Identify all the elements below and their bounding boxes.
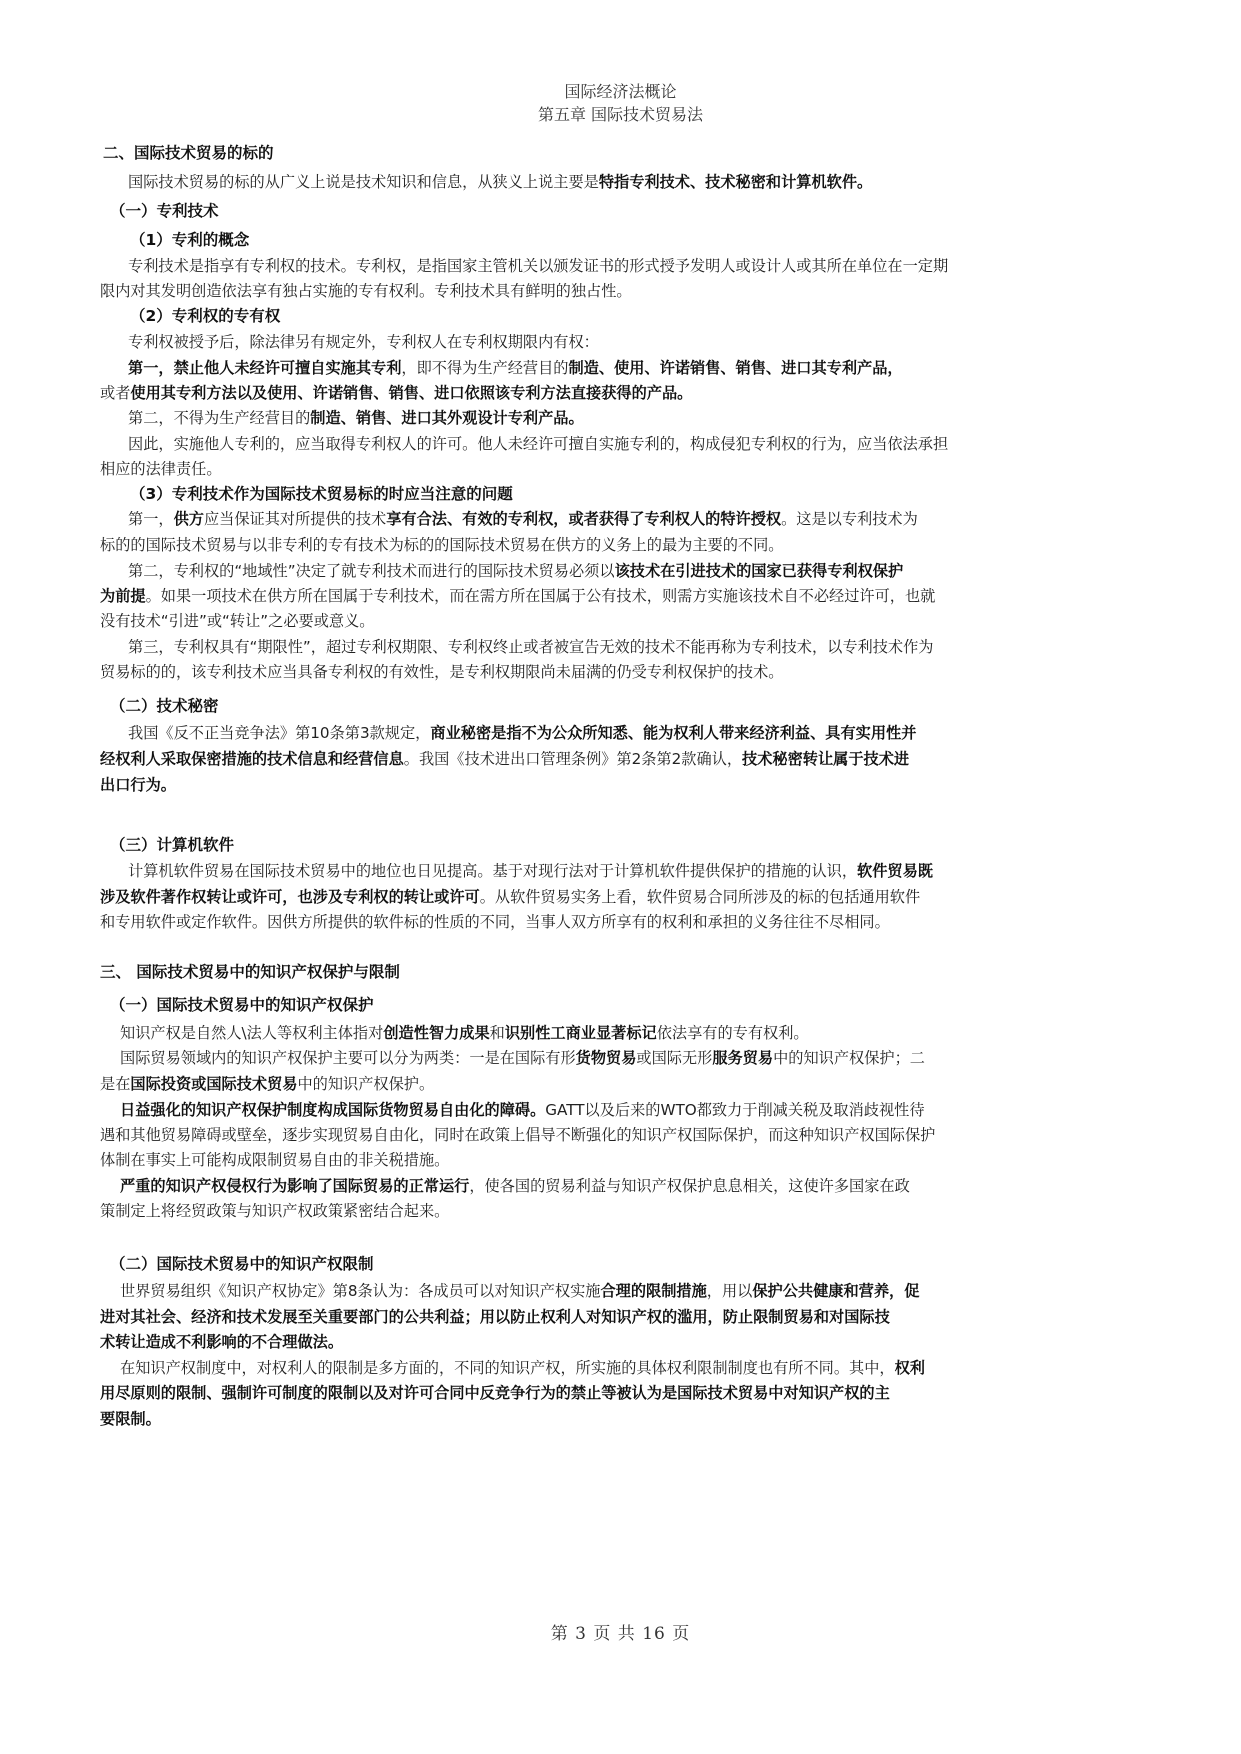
text: 是在 xyxy=(100,1075,130,1093)
bold-text: 使用其专利方法以及使用、许诺销售、销售、进口依照该专利方法直接获得的产品。 xyxy=(130,384,692,402)
section-heading-3: 三、 国际技术贸易中的知识产权保护与限制 xyxy=(100,962,400,982)
paragraph-line: 专利技术是指享有专利权的技术。专利权，是指国家主管机关以颁发证书的形式授予发明人… xyxy=(128,256,948,276)
paragraph-line: 没有技术“引进”或“转让”之必要或意义。 xyxy=(100,611,374,631)
text: 。从软件贸易实务上看，软件贸易合同所涉及的标的包括通用软件 xyxy=(480,888,920,906)
bold-text: 软件贸易既 xyxy=(857,862,933,880)
paragraph-line: 术转让造成不利影响的不合理做法。 xyxy=(100,1332,343,1352)
bold-text: 权利 xyxy=(895,1359,925,1377)
bold-text: 要限制。 xyxy=(100,1410,161,1428)
paragraph-line: 出口行为。 xyxy=(100,775,176,795)
bold-text: 识别性工商业显著标记 xyxy=(505,1024,657,1042)
bold-text: 供方 xyxy=(174,510,204,528)
paragraph-line: 在知识产权制度中，对权利人的限制是多方面的，不同的知识产权，所实施的具体权利限制… xyxy=(120,1358,925,1378)
paragraph-line: 体制在事实上可能构成限制贸易自由的非关税措施。 xyxy=(100,1150,449,1170)
paragraph-line: 严重的知识产权侵权行为影响了国际贸易的正常运行，使各国的贸易利益与知识产权保护息… xyxy=(120,1176,910,1196)
chapter-title: 第五章 国际技术贸易法 xyxy=(0,102,1241,125)
bold-text: 货物贸易 xyxy=(576,1049,637,1067)
paragraph-line: 专利权被授予后，除法律另有规定外，专利权人在专利权期限内有权： xyxy=(128,332,599,352)
text: 。我国《技术进出口管理条例》第2条第2款确认， xyxy=(404,750,742,768)
text: 或者 xyxy=(100,384,130,402)
item-heading: （2）专利权的专有权 xyxy=(130,306,280,326)
text: 中的知识产权保护。 xyxy=(297,1075,434,1093)
bold-text: 为前提 xyxy=(100,587,146,605)
text: 和 xyxy=(490,1024,505,1042)
bold-text: 制造、销售、进口其外观设计专利产品。 xyxy=(310,409,583,427)
subsection-heading: （二）技术秘密 xyxy=(110,696,219,716)
text: ，即不得为生产经营目的 xyxy=(401,359,568,377)
text: 世界贸易组织《知识产权协定》第8条认为：各成员可以对知识产权实施 xyxy=(120,1282,600,1300)
text: 第一， xyxy=(128,510,174,528)
page-number: 第 3 页 共 16 页 xyxy=(0,1619,1241,1644)
paragraph-line: 因此，实施他人专利的，应当取得专利权人的许可。他人未经许可擅自实施专利的，构成侵… xyxy=(128,434,948,454)
bold-text: 技术秘密转让属于技术进 xyxy=(742,750,909,768)
bold-text: 特指专利技术、技术秘密和计算机软件。 xyxy=(599,173,872,191)
paragraph-line: 要限制。 xyxy=(100,1409,161,1429)
text: 。如果一项技术在供方所在国属于专利技术，而在需方所在国属于公有技术，则需方实施该… xyxy=(146,587,936,605)
paragraph-line: 第一，供方应当保证其对所提供的技术享有合法、有效的专利权，或者获得了专利权人的特… xyxy=(128,509,918,529)
subsection-heading: （一）专利技术 xyxy=(110,201,219,221)
paragraph-line: 经权利人采取保密措施的技术信息和经营信息。我国《技术进出口管理条例》第2条第2款… xyxy=(100,749,909,769)
text: 国际贸易领域内的知识产权保护主要可以分为两类：一是在国际有形 xyxy=(120,1049,576,1067)
paragraph-line: 知识产权是自然人\法人等权利主体指对创造性智力成果和识别性工商业显著标记依法享有… xyxy=(120,1023,809,1043)
section-heading-2: 二、国际技术贸易的标的 xyxy=(103,143,274,163)
subsection-heading: （三）计算机软件 xyxy=(110,835,234,855)
bold-text: 制造、使用、许诺销售、销售、进口其专利产品， xyxy=(568,359,902,377)
paragraph-line: 用尽原则的限制、强制许可制度的限制以及对许可合同中反竞争行为的禁止等被认为是国际… xyxy=(100,1383,890,1403)
bold-text: 第一，禁止他人未经许可擅自实施其专利 xyxy=(128,359,401,377)
paragraph-line: 计算机软件贸易在国际技术贸易中的地位也日见提高。基于对现行法对于计算机软件提供保… xyxy=(128,861,933,881)
text: ，用以 xyxy=(707,1282,753,1300)
text: 。这是以专利技术为 xyxy=(781,510,918,528)
book-title: 国际经济法概论 xyxy=(0,79,1241,102)
bold-text: 国际投资或国际技术贸易 xyxy=(130,1075,297,1093)
bold-text: 保护公共健康和营养，促 xyxy=(752,1282,919,1300)
paragraph-line: 限内对其发明创造依法享有独占实施的专有权利。专利技术具有鲜明的独占性。 xyxy=(100,281,632,301)
bold-text: 创造性智力成果 xyxy=(383,1024,489,1042)
text: 我国《反不正当竞争法》第10条第3款规定， xyxy=(128,724,430,742)
bold-text: 经权利人采取保密措施的技术信息和经营信息 xyxy=(100,750,404,768)
text: 第二，不得为生产经营目的 xyxy=(128,409,310,427)
text: 依法享有的专有权利。 xyxy=(657,1024,809,1042)
bold-text: 严重的知识产权侵权行为影响了国际贸易的正常运行 xyxy=(120,1177,469,1195)
bold-text: 出口行为。 xyxy=(100,776,176,794)
text: ，使各国的贸易利益与知识产权保护息息相关，这使许多国家在政 xyxy=(469,1177,909,1195)
text: 应当保证其对所提供的技术 xyxy=(204,510,386,528)
text: 第二，专利权的“地域性”决定了就专利技术而进行的国际技术贸易必须以 xyxy=(128,562,615,580)
paragraph-line: 第二，专利权的“地域性”决定了就专利技术而进行的国际技术贸易必须以该技术在引进技… xyxy=(128,561,903,581)
paragraph-line: 遇和其他贸易障碍或壁垒，逐步实现贸易自由化，同时在政策上倡导不断强化的知识产权国… xyxy=(100,1125,935,1145)
paragraph-line: 标的的国际技术贸易与以非专利的专有技术为标的的国际技术贸易在供方的义务上的最为主… xyxy=(100,535,783,555)
paragraph-line: 或者使用其专利方法以及使用、许诺销售、销售、进口依照该专利方法直接获得的产品。 xyxy=(100,383,692,403)
paragraph-line: 涉及软件著作权转让或许可，也涉及专利权的转让或许可。从软件贸易实务上看，软件贸易… xyxy=(100,887,920,907)
bold-text: 进对其社会、经济和技术发展至关重要部门的公共利益；用以防止权利人对知识产权的滥用… xyxy=(100,1308,890,1326)
bold-text: 享有合法、有效的专利权，或者获得了专利权人的特许授权 xyxy=(386,510,781,528)
paragraph-line: 和专用软件或定作软件。因供方所提供的软件标的性质的不同，当事人双方所享有的权利和… xyxy=(100,912,890,932)
text: GATT以及后来的WTO都致力于削减关税及取消歧视性待 xyxy=(545,1101,924,1119)
text: 国际技术贸易的标的从广义上说是技术知识和信息，从狭义上说主要是 xyxy=(128,173,599,191)
bold-text: 商业秘密是指不为公众所知悉、能为权利人带来经济利益、具有实用性并 xyxy=(430,724,916,742)
paragraph-line: 贸易标的的，该专利技术应当具备专利权的有效性，是专利权期限尚未届满的仍受专利权保… xyxy=(100,662,783,682)
text: 或国际无形 xyxy=(636,1049,712,1067)
paragraph-line: 相应的法律责任。 xyxy=(100,459,222,479)
paragraph-line: 是在国际投资或国际技术贸易中的知识产权保护。 xyxy=(100,1074,434,1094)
paragraph-line: 为前提。如果一项技术在供方所在国属于专利技术，而在需方所在国属于公有技术，则需方… xyxy=(100,586,935,606)
text: 中的知识产权保护；二 xyxy=(773,1049,925,1067)
bold-text: 涉及软件著作权转让或许可，也涉及专利权的转让或许可 xyxy=(100,888,480,906)
item-heading: （1）专利的概念 xyxy=(130,230,249,250)
paragraph-line: 世界贸易组织《知识产权协定》第8条认为：各成员可以对知识产权实施合理的限制措施，… xyxy=(120,1281,919,1301)
paragraph-line: 我国《反不正当竞争法》第10条第3款规定，商业秘密是指不为公众所知悉、能为权利人… xyxy=(128,723,916,743)
bold-text: 日益强化的知识产权保护制度构成国际货物贸易自由化的障碍。 xyxy=(120,1101,545,1119)
bold-text: 用尽原则的限制、强制许可制度的限制以及对许可合同中反竞争行为的禁止等被认为是国际… xyxy=(100,1384,890,1402)
document-page: 国际经济法概论 第五章 国际技术贸易法 二、国际技术贸易的标的 国际技术贸易的标… xyxy=(0,0,1241,1754)
paragraph-line: 日益强化的知识产权保护制度构成国际货物贸易自由化的障碍。GATT以及后来的WTO… xyxy=(120,1100,925,1120)
bold-text: 术转让造成不利影响的不合理做法。 xyxy=(100,1333,343,1351)
paragraph-line: 国际技术贸易的标的从广义上说是技术知识和信息，从狭义上说主要是特指专利技术、技术… xyxy=(128,172,872,192)
text: 在知识产权制度中，对权利人的限制是多方面的，不同的知识产权，所实施的具体权利限制… xyxy=(120,1359,895,1377)
paragraph-line: 策制定上将经贸政策与知识产权政策紧密结合起来。 xyxy=(100,1201,449,1221)
text: 计算机软件贸易在国际技术贸易中的地位也日见提高。基于对现行法对于计算机软件提供保… xyxy=(128,862,857,880)
bold-text: 该技术在引进技术的国家已获得专利权保护 xyxy=(615,562,904,580)
subsection-heading: （一）国际技术贸易中的知识产权保护 xyxy=(110,995,374,1015)
text: 知识产权是自然人\法人等权利主体指对 xyxy=(120,1024,383,1042)
item-heading: （3）专利技术作为国际技术贸易标的时应当注意的问题 xyxy=(130,484,513,504)
paragraph-line: 进对其社会、经济和技术发展至关重要部门的公共利益；用以防止权利人对知识产权的滥用… xyxy=(100,1307,890,1327)
paragraph-line: 第二，不得为生产经营目的制造、销售、进口其外观设计专利产品。 xyxy=(128,408,584,428)
bold-text: 合理的限制措施 xyxy=(600,1282,706,1300)
subsection-heading: （二）国际技术贸易中的知识产权限制 xyxy=(110,1254,374,1274)
paragraph-line: 第三，专利权具有“期限性”，超过专利权期限、专利权终止或者被宣告无效的技术不能再… xyxy=(128,637,934,657)
bold-text: 服务贸易 xyxy=(712,1049,773,1067)
paragraph-line: 第一，禁止他人未经许可擅自实施其专利，即不得为生产经营目的制造、使用、许诺销售、… xyxy=(128,358,903,378)
paragraph-line: 国际贸易领域内的知识产权保护主要可以分为两类：一是在国际有形货物贸易或国际无形服… xyxy=(120,1048,925,1068)
